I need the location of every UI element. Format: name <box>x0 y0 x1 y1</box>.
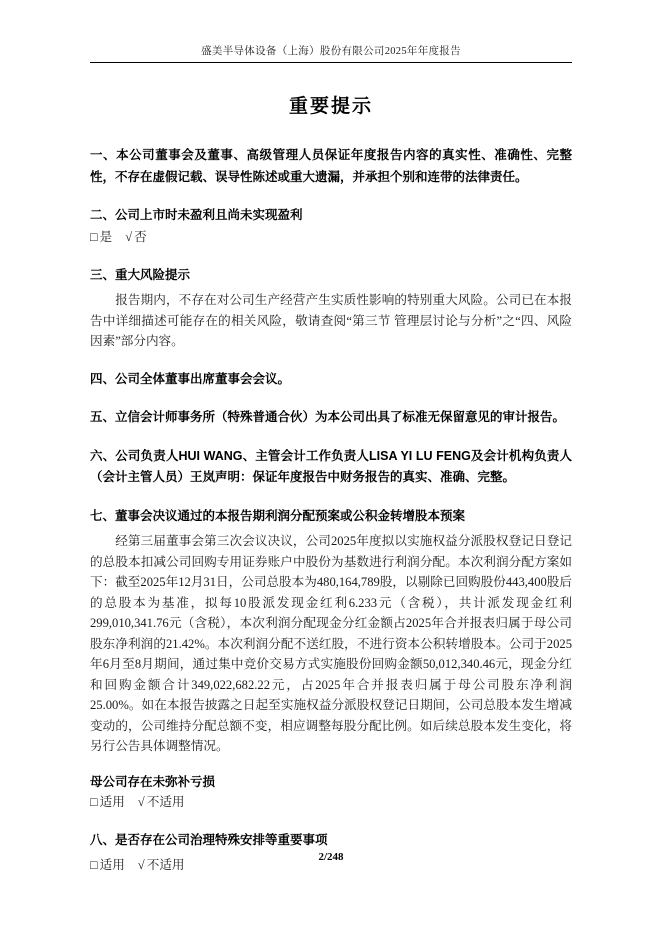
section-4: 四、公司全体董事出席董事会会议。 <box>90 369 572 391</box>
section-7-subheading: 母公司存在未弥补亏损 <box>90 773 572 792</box>
option-not-applicable-label: 不适用 <box>147 792 185 813</box>
option-no: √ 否 <box>125 227 147 248</box>
section-3-paragraph: 报告期内，不存在对公司生产经营产生实质性影响的特别重大风险。公司已在本报告中详细… <box>90 290 572 352</box>
section-3-heading: 三、重大风险提示 <box>90 265 572 287</box>
sections: 一、本公司董事会及董事、高级管理人员保证年度报告内容的真实性、准确性、完整性，不… <box>90 145 572 876</box>
section-1-heading: 一、本公司董事会及董事、高级管理人员保证年度报告内容的真实性、准确性、完整性，不… <box>90 145 572 188</box>
section-7-paragraph: 经第三届董事会第三次会议决议，公司2025年度拟以实施权益分派股权登记日登记的总… <box>90 531 572 757</box>
section-6: 六、公司负责人HUI WANG、主管会计工作负责人LISA YI LU FENG… <box>90 446 572 489</box>
option-no-label: 否 <box>134 227 147 248</box>
option-not-applicable: √ 不适用 <box>138 792 185 813</box>
page-content: 盛美半导体设备（上海）股份有限公司2025年年度报告 重要提示 一、本公司董事会… <box>0 0 662 876</box>
section-7-options: □ 适用 √ 不适用 <box>90 792 572 813</box>
section-6-heading: 六、公司负责人HUI WANG、主管会计工作负责人LISA YI LU FENG… <box>90 446 572 489</box>
checkmark-icon: √ <box>125 227 132 248</box>
page-title: 重要提示 <box>90 96 572 118</box>
section-5: 五、立信会计师事务所（特殊普通合伙）为本公司出具了标准无保留意见的审计报告。 <box>90 407 572 429</box>
section-4-heading: 四、公司全体董事出席董事会会议。 <box>90 369 572 391</box>
running-header: 盛美半导体设备（上海）股份有限公司2025年年度报告 <box>90 0 572 63</box>
page-number: 2/248 <box>0 851 662 863</box>
checkmark-icon: √ <box>138 792 145 813</box>
option-applicable: □ 适用 <box>90 792 125 813</box>
section-8-heading: 八、是否存在公司治理特殊安排等重要事项 <box>90 830 572 852</box>
section-2-heading: 二、公司上市时未盈利且尚未实现盈利 <box>90 205 572 227</box>
option-yes: □ 是 <box>90 227 112 248</box>
checkbox-unchecked-icon: □ <box>90 227 98 248</box>
section-5-heading: 五、立信会计师事务所（特殊普通合伙）为本公司出具了标准无保留意见的审计报告。 <box>90 407 572 429</box>
header-rule <box>90 62 572 63</box>
checkbox-unchecked-icon: □ <box>90 792 98 813</box>
section-2: 二、公司上市时未盈利且尚未实现盈利 □ 是 √ 否 <box>90 205 572 248</box>
section-7: 七、董事会决议通过的本报告期利润分配预案或公积金转增股本预案 经第三届董事会第三… <box>90 506 572 813</box>
report-page: 盛美半导体设备（上海）股份有限公司2025年年度报告 重要提示 一、本公司董事会… <box>0 0 662 936</box>
section-1: 一、本公司董事会及董事、高级管理人员保证年度报告内容的真实性、准确性、完整性，不… <box>90 145 572 188</box>
option-yes-label: 是 <box>100 227 113 248</box>
section-7-heading: 七、董事会决议通过的本报告期利润分配预案或公积金转增股本预案 <box>90 506 572 528</box>
section-2-options: □ 是 √ 否 <box>90 227 572 248</box>
section-3: 三、重大风险提示 报告期内，不存在对公司生产经营产生实质性影响的特别重大风险。公… <box>90 265 572 352</box>
running-header-title: 盛美半导体设备（上海）股份有限公司2025年年度报告 <box>90 45 572 59</box>
option-applicable-label: 适用 <box>100 792 125 813</box>
